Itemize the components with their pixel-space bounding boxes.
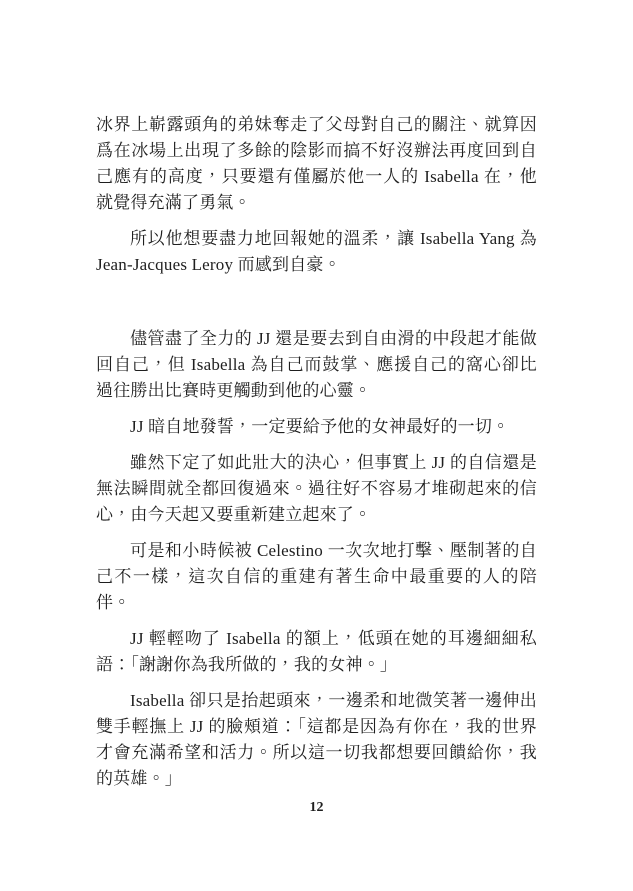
paragraph: 所以他想要盡力地回報她的溫柔，讓 Isabella Yang 為 Jean-Ja…: [96, 226, 537, 278]
paragraph: JJ 暗自地發誓，一定要給予他的女神最好的一切。: [96, 414, 537, 440]
paragraph: JJ 輕輕吻了 Isabella 的額上，低頭在她的耳邊細細私語：「謝謝你為我所…: [96, 626, 537, 678]
paragraph: 儘管盡了全力的 JJ 還是要去到自由滑的中段起才能做回自己，但 Isabella…: [96, 326, 537, 404]
paragraph: 可是和小時候被 Celestino 一次次地打擊、壓制著的自己不一樣，這次自信的…: [96, 538, 537, 616]
page-number: 12: [0, 800, 633, 816]
document-page: 冰界上嶄露頭角的弟妹奪走了父母對自己的關注、就算因爲在冰場上出現了多餘的陰影而搞…: [0, 0, 633, 891]
paragraph: Isabella 卻只是抬起頭來，一邊柔和地微笑著一邊伸出雙手輕撫上 JJ 的臉…: [96, 688, 537, 792]
page-body-text: 冰界上嶄露頭角的弟妹奪走了父母對自己的關注、就算因爲在冰場上出現了多餘的陰影而搞…: [96, 112, 537, 802]
scene-break-spacer: [96, 288, 537, 326]
paragraph: 冰界上嶄露頭角的弟妹奪走了父母對自己的關注、就算因爲在冰場上出現了多餘的陰影而搞…: [96, 112, 537, 216]
paragraph: 雖然下定了如此壯大的決心，但事實上 JJ 的自信還是無法瞬間就全都回復過來。過往…: [96, 450, 537, 528]
